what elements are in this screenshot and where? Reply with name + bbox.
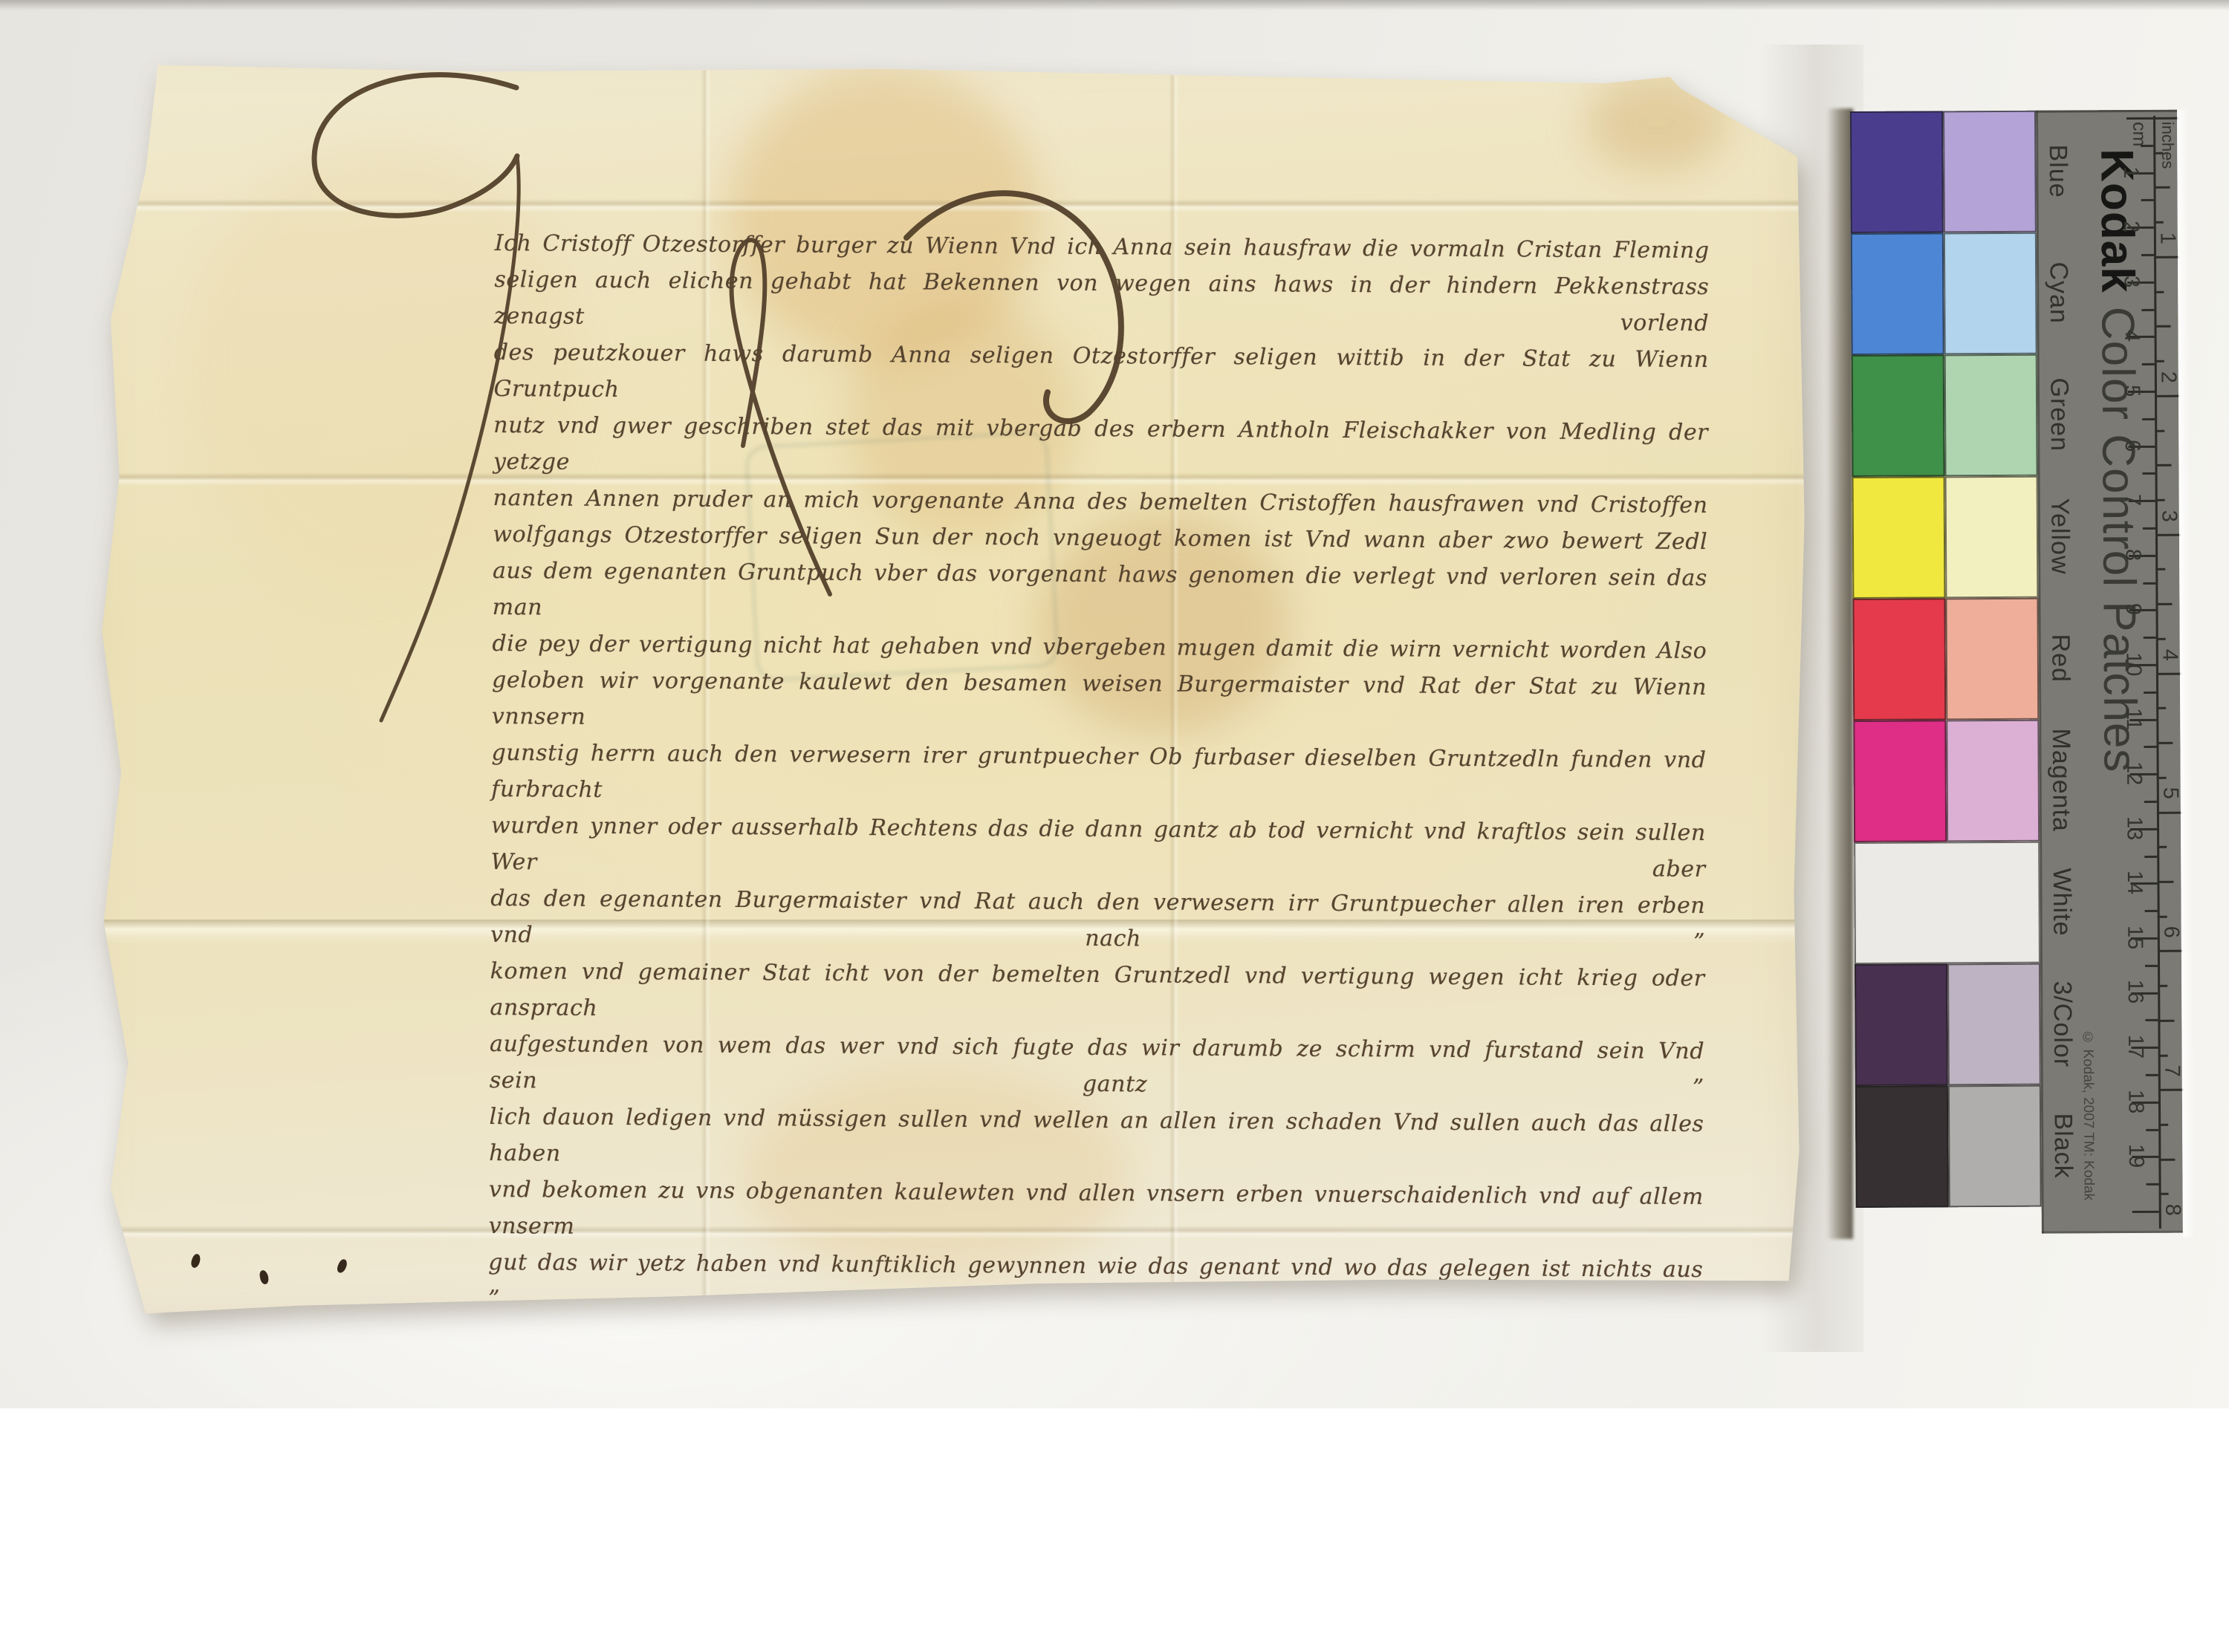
cm-number: 15 [2123, 923, 2146, 952]
inch-tick [2157, 811, 2182, 813]
manuscript-line: nutz vnd gwer geschriben stet das mit vb… [493, 407, 1709, 487]
cm-half-tick [2147, 1183, 2159, 1186]
cm-half-tick [2143, 527, 2155, 530]
inch-sub-tick [2155, 360, 2164, 362]
inch-sub-tick [2153, 152, 2163, 155]
cm-half-tick [2146, 1128, 2158, 1131]
color-patch-black [1855, 1085, 1949, 1208]
inch-number: 5 [2159, 780, 2181, 807]
cm-half-tick [2143, 472, 2155, 475]
inch-sub-tick [2158, 1054, 2168, 1056]
patch-label-column: BlueCyanGreenYellowRedMagentaWhite3/Colo… [2036, 110, 2177, 111]
cm-number: 5 [2121, 376, 2143, 406]
inch-tick [2156, 672, 2181, 674]
inch-number: 6 [2160, 919, 2182, 946]
inch-number: 3 [2158, 502, 2180, 529]
color-patch-white [1854, 842, 2040, 964]
manuscript-line: das den egenanten Burgermaister vnd Rat … [490, 880, 1706, 960]
inch-sub-tick [2155, 429, 2164, 432]
color-patch-blue [1850, 111, 1944, 233]
color-patch-grid [1850, 111, 2042, 1208]
cm-number: 13 [2123, 813, 2145, 843]
inch-sub-tick [2157, 846, 2167, 848]
color-patch-yellow [1852, 476, 1946, 599]
cm-number: 3 [2120, 267, 2142, 296]
parchment-sheet: Ich Cristoff Otzestorffer burger zu Wien… [71, 30, 1817, 1337]
inches-unit-label: inches [2158, 122, 2177, 169]
color-patch-3/color-tint [1947, 963, 2041, 1086]
inch-sub-tick [2154, 290, 2164, 293]
color-patch-black-tint [1948, 1085, 2042, 1208]
color-patch-magenta-tint [1946, 720, 2040, 842]
inch-number: 4 [2158, 641, 2181, 668]
manuscript-line: komen vnd gemainer Stat icht von der bem… [490, 953, 1705, 1033]
inch-sub-tick [2158, 1020, 2174, 1022]
color-patch-blue-tint [1943, 111, 2037, 233]
color-patch-green [1852, 354, 1945, 477]
manuscript-line: seligen auch elichen gehabt hat Bekennen… [494, 261, 1710, 342]
inch-tick [2155, 533, 2181, 536]
cm-half-tick [2141, 145, 2153, 147]
inch-sub-tick [2155, 499, 2165, 501]
inch-tick [2158, 950, 2183, 952]
cm-half-tick [2144, 746, 2156, 748]
cm-number: 10 [2122, 649, 2144, 679]
cm-number: 7 [2121, 485, 2144, 515]
inch-sub-tick [2154, 186, 2170, 189]
photo-backdrop: Ich Cristoff Otzestorffer burger zu Wien… [0, 0, 2229, 1408]
patch-label-green: Green [2037, 354, 2081, 475]
cm-half-tick [2141, 254, 2154, 256]
color-patch-yellow-tint [1945, 476, 2039, 599]
cm-number: 6 [2121, 431, 2143, 461]
inch-tick [2155, 394, 2180, 397]
color-patch-3/color [1855, 963, 1948, 1086]
manuscript-line: aus dem egenanten Gruntpuch vber das vor… [493, 553, 1708, 633]
inch-sub-tick [2158, 1124, 2168, 1126]
patch-label-magenta: Magenta [2039, 719, 2083, 841]
cm-number: 18 [2124, 1087, 2147, 1116]
patch-label-white: White [2040, 841, 2083, 963]
cm-half-tick [2144, 801, 2157, 803]
cm-half-tick [2144, 637, 2156, 639]
color-patch-red [1852, 598, 1946, 721]
patch-label-red: Red [2038, 597, 2082, 719]
inch-sub-tick [2158, 985, 2167, 987]
inch-number: 8 [2161, 1197, 2184, 1223]
manuscript-line: gunstig herrn auch den verwesern irer gr… [491, 735, 1707, 815]
patch-label-blue: Blue [2036, 110, 2080, 232]
cm-half-tick [2142, 363, 2155, 365]
manuscript-line: geloben wir vorgenante kaulewt den besam… [492, 662, 1707, 742]
color-patch-cyan [1851, 232, 1944, 355]
manuscript-line: gut das wir yetz haben vnd kunftiklich g… [488, 1244, 1704, 1324]
cm-half-tick [2145, 965, 2158, 967]
manuscript-line: genomen wir sein lebentig oder tod Mit v… [488, 1317, 1703, 1361]
cm-number: 2 [2120, 212, 2142, 241]
kodak-copyright-text: © Kodak, 2007 TM: Kodak [2079, 1030, 2096, 1200]
manuscript-line: des peutzkouer haws darumb Anna seligen … [493, 334, 1709, 414]
cm-number: 8 [2121, 540, 2144, 570]
inch-sub-tick [2159, 1193, 2169, 1195]
inch-sub-tick [2157, 777, 2167, 779]
inch-sub-tick [2155, 325, 2171, 328]
inch-sub-tick [2155, 603, 2172, 605]
inch-sub-tick [2156, 742, 2173, 744]
inch-sub-tick [2155, 568, 2165, 570]
cm-number: 4 [2120, 321, 2142, 351]
manuscript-line: Otzestorffer aufgedrucktem Insigel Der s… [487, 1353, 1703, 1408]
kodak-ruler-band: BlueCyanGreenYellowRedMagentaWhite3/Colo… [2036, 110, 2183, 1234]
patch-label-cyan: Cyan [2037, 232, 2080, 354]
color-patch-magenta [1853, 720, 1947, 842]
manuscript-line: aufgestunden von wem das wer vnd sich fu… [490, 1026, 1705, 1106]
cm-half-tick [2142, 418, 2155, 420]
cm-half-tick [2144, 855, 2157, 857]
color-patch-red-tint [1945, 598, 2039, 721]
cm-number: 16 [2123, 978, 2146, 1007]
cm-half-tick [2145, 910, 2158, 912]
cm-tick [2126, 117, 2153, 120]
inch-sub-tick [2156, 707, 2166, 709]
manuscript-line: wurden ynner oder ausserhalb Rechtens da… [490, 807, 1706, 888]
cm-number: 11 [2122, 704, 2144, 734]
cm-unit-label: cm [2128, 122, 2149, 146]
inch-sub-tick [2154, 221, 2164, 224]
cm-number: 17 [2123, 1032, 2146, 1061]
cm-half-tick [2146, 1074, 2158, 1076]
kodak-color-strip: BlueCyanGreenYellowRedMagentaWhite3/Colo… [1850, 110, 2183, 1235]
cm-half-tick [2141, 199, 2154, 201]
inch-sub-tick [2158, 915, 2167, 917]
cm-half-tick [2141, 308, 2154, 310]
inch-tick [2154, 256, 2179, 258]
inch-tick [2158, 1089, 2184, 1091]
color-patch-cyan-tint [1944, 232, 2037, 355]
cm-number: 12 [2123, 758, 2145, 788]
cm-tick [2132, 1211, 2159, 1213]
cm-number: 9 [2121, 594, 2144, 624]
patch-label-black: Black [2041, 1084, 2085, 1206]
cm-half-tick [2143, 582, 2155, 584]
patch-label-3/color: 3/Color [2040, 963, 2084, 1084]
patch-label-yellow: Yellow [2038, 475, 2082, 597]
manuscript-line: lich dauon ledigen vnd müssigen sullen v… [489, 1099, 1704, 1179]
inch-sub-tick [2157, 881, 2173, 883]
inch-sub-tick [2158, 1158, 2175, 1160]
cm-number: 14 [2123, 868, 2145, 897]
cm-number: 19 [2124, 1141, 2147, 1171]
kodak-product-text: Color Control Patches [2092, 293, 2145, 773]
color-patch-green-tint [1944, 354, 2038, 477]
cm-number: 1 [2119, 157, 2141, 187]
inch-sub-tick [2155, 464, 2171, 466]
ruler-cast-shadow [1826, 108, 1853, 1239]
inch-number: 2 [2157, 363, 2179, 390]
cm-half-tick [2144, 692, 2156, 694]
flourish-loop [314, 75, 517, 216]
inch-number: 1 [2156, 225, 2178, 252]
inch-number: 7 [2161, 1058, 2183, 1084]
cm-half-tick [2145, 1019, 2158, 1021]
manuscript-text-block: Ich Cristoff Otzestorffer burger zu Wien… [486, 225, 1710, 1408]
manuscript-line: vnd bekomen zu vns obgenanten kaulewten … [488, 1171, 1704, 1252]
inch-sub-tick [2156, 638, 2166, 640]
inch-tick [2153, 117, 2178, 120]
